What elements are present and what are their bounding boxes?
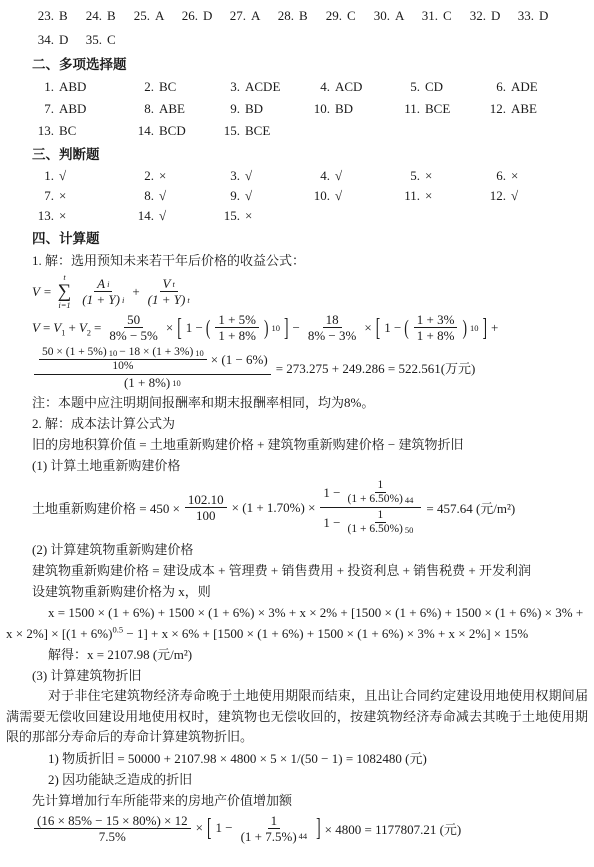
question-number: 27.	[224, 4, 246, 28]
numerator: Ai	[94, 276, 112, 292]
operator: =	[43, 320, 50, 336]
variable: A	[97, 276, 105, 291]
numerator: Vt	[160, 276, 178, 292]
fraction: (16 × 85% − 15 × 80%) × 12 7.5%	[34, 813, 191, 844]
q2-step2-line2: 设建筑物重新购建价格为 x，则	[32, 581, 588, 602]
judgment-answer-list: 1.√ 2.× 3.√ 4.√ 5.× 6.× 7.× 8.√ 9.√ 10.√…	[32, 166, 588, 226]
question-number: 8.	[132, 186, 154, 206]
left-bracket: [	[207, 813, 212, 843]
question-number: 5.	[398, 76, 420, 98]
answer-value: √	[159, 208, 166, 223]
q1-result-formula: 50 × (1 + 5%)10 − 18 × (1 + 3%)10 10% × …	[32, 345, 588, 390]
answer-item: 30.A	[368, 4, 416, 28]
answer-item: 6.ADE	[484, 76, 588, 98]
answer-item: 29.C	[320, 4, 368, 28]
q1-income-formula: V = t ∑ i=1 Ai (1 + Y)i + Vt (1 + Y)t	[32, 273, 588, 310]
question-number: 15.	[218, 206, 240, 226]
question-number: 2.	[132, 76, 154, 98]
answer-item: 26.D	[176, 4, 224, 28]
answer-value: ×	[425, 168, 432, 183]
outer-numerator: 1 − 1 (1 + 6.50%)44	[320, 478, 421, 508]
question-number: 32.	[464, 4, 486, 28]
answer-value: ×	[425, 188, 432, 203]
answer-item: 34.D	[32, 28, 80, 52]
section-title-multiple-choice: 二、多项选择题	[32, 54, 588, 75]
sum-lower-limit: i=1	[58, 301, 70, 310]
answer-value: D	[59, 32, 68, 47]
question-number: 4.	[308, 76, 330, 98]
expression: (1 + 6.50%)	[348, 523, 403, 536]
question-number: 24.	[80, 4, 102, 28]
answer-item: 2.BC	[132, 76, 218, 98]
expression: (1 + Y)	[82, 292, 120, 307]
operator: ×	[196, 820, 203, 836]
answer-item: 1.√	[32, 166, 132, 186]
subscript: 2	[87, 327, 91, 337]
expression: (1 + 8%)	[124, 375, 170, 390]
operator: ×	[166, 320, 173, 336]
answer-item: 7.ABD	[32, 98, 132, 120]
outer-fraction: 50 × (1 + 5%)10 − 18 × (1 + 3%)10 10% × …	[34, 345, 271, 390]
answer-value: ×	[511, 168, 518, 183]
inner-fraction: 1 (1 + 6.50%)50	[345, 509, 417, 536]
formula-lhs: 土地重新购建价格 = 450 ×	[32, 498, 180, 517]
left-bracket: [	[177, 312, 182, 342]
answer-item: 3.√	[218, 166, 308, 186]
answer-item: 13.×	[32, 206, 132, 226]
fraction: 18 8% − 3%	[305, 312, 360, 343]
answer-item: 2.×	[132, 166, 218, 186]
answer-item: 4.√	[308, 166, 398, 186]
answer-item: 14.√	[132, 206, 218, 226]
answer-item: 28.B	[272, 4, 320, 28]
numerator: (16 × 85% − 15 × 80%) × 12	[34, 813, 191, 829]
fraction: 1 + 5% 1 + 8%	[215, 312, 259, 343]
operator: +	[69, 320, 76, 336]
question-number: 3.	[218, 76, 240, 98]
outer-denominator: (1 + 8%)10	[121, 375, 184, 390]
section-title-calculation: 四、计算题	[32, 228, 588, 249]
subscript: 1	[61, 327, 65, 337]
right-paren: )	[462, 315, 467, 341]
q2-base-formula: 旧的房地积算价值 = 土地重新购建价格 + 建筑物重新购建价格 − 建筑物折旧	[32, 434, 588, 455]
answer-value: C	[107, 32, 116, 47]
answer-item: 6.×	[484, 166, 588, 186]
term: 50 × (1 + 5%)	[42, 346, 107, 359]
question-number: 28.	[272, 4, 294, 28]
question-number: 5.	[398, 166, 420, 186]
answer-value: D	[203, 8, 212, 23]
answer-item: 13.BC	[32, 120, 132, 142]
question-number: 10.	[308, 186, 330, 206]
single-choice-answer-list: 23.B 24.B 25.A 26.D 27.A 28.B 29.C 30.A …	[32, 4, 588, 52]
answer-value: CD	[425, 79, 443, 94]
answer-item: 15.BCE	[218, 120, 308, 142]
answer-value: ABE	[511, 101, 537, 116]
inner-denominator: 10%	[109, 360, 136, 373]
question-number: 30.	[368, 4, 390, 28]
answer-item: 5.CD	[398, 76, 484, 98]
inner-numerator: 50 × (1 + 5%)10 − 18 × (1 + 3%)10	[39, 346, 207, 360]
answer-value: ADE	[511, 79, 538, 94]
outer-denominator: 1 − 1 (1 + 6.50%)50	[320, 508, 421, 537]
inner-numerator: 1	[375, 509, 387, 523]
result-value: = 273.275 + 249.286 = 522.561(万元)	[276, 358, 476, 377]
question-number: 14.	[132, 120, 154, 142]
variable: V	[32, 320, 40, 336]
answer-item: 24.B	[80, 4, 128, 28]
expression: (1 + Y)	[148, 292, 186, 307]
answer-value: √	[159, 188, 166, 203]
answer-value: A	[251, 8, 260, 23]
answer-value: A	[395, 8, 404, 23]
q2-step1-title: (1) 计算土地重新购建价格	[32, 455, 588, 476]
answer-value: BD	[245, 101, 263, 116]
right-paren: )	[264, 315, 269, 341]
term: 1 −	[186, 320, 203, 336]
left-paren: (	[206, 315, 211, 341]
answer-item: 7.×	[32, 186, 132, 206]
fraction: Ai (1 + Y)i	[79, 276, 127, 307]
answer-value: B	[59, 8, 68, 23]
answer-item: 8.ABE	[132, 98, 218, 120]
section-title-judgment: 三、判断题	[32, 144, 588, 165]
question-number: 11.	[398, 98, 420, 120]
denominator: 7.5%	[96, 829, 129, 844]
answer-item: 12.ABE	[484, 98, 588, 120]
answer-item: 4.ACD	[308, 76, 398, 98]
answer-value: B	[299, 8, 308, 23]
value-increase-formula: (16 × 85% − 15 × 80%) × 12 7.5% × [ 1 − …	[32, 813, 588, 844]
answer-value: √	[245, 188, 252, 203]
expression: (1 + 6.50%)	[348, 493, 403, 506]
answer-item: 8.√	[132, 186, 218, 206]
answer-value: ×	[245, 208, 252, 223]
outer-fraction: 1 − 1 (1 + 6.50%)44 1 − 1 (1 + 6.50%)50	[320, 478, 421, 537]
fraction: 102.10 100	[185, 492, 227, 523]
question-number: 25.	[128, 4, 150, 28]
functional-depreciation-intro: 先计算增加行车所能带来的房地产价值增加额	[32, 790, 588, 811]
inner-denominator: (1 + 6.50%)50	[345, 523, 417, 536]
answer-item: 12.√	[484, 186, 588, 206]
operator: =	[94, 320, 101, 336]
operator: +	[491, 320, 498, 336]
numerator: 1 + 3%	[414, 312, 458, 328]
question-number: 4.	[308, 166, 330, 186]
answer-value: BD	[335, 101, 353, 116]
inner-fraction: 1 (1 + 6.50%)44	[345, 479, 417, 506]
numerator: 18	[323, 312, 342, 328]
answer-value: ABD	[59, 79, 86, 94]
q1-intro: 1. 解：选用预知未来若干年后价格的收益公式：	[32, 250, 588, 271]
term: × (1 + 1.70%) ×	[232, 500, 316, 516]
denominator: (1 + Y)t	[145, 292, 193, 307]
equation-part: − 1] + x × 6% + [1500 × (1 + 6%) + 1500 …	[123, 626, 528, 641]
building-price-equation: x = 1500 × (1 + 6%) + 1500 × (1 + 6%) × …	[6, 602, 588, 644]
question-number: 14.	[132, 206, 154, 226]
denominator: (1 + 7.5%)44	[238, 829, 311, 844]
answer-item: 11.×	[398, 186, 484, 206]
right-bracket: ]	[482, 312, 487, 342]
inner-fraction: 50 × (1 + 5%)10 − 18 × (1 + 3%)10 10%	[39, 346, 207, 373]
answer-value: D	[539, 8, 548, 23]
question-number: 1.	[32, 76, 54, 98]
right-bracket: ]	[316, 813, 321, 843]
answer-item: 9.√	[218, 186, 308, 206]
q1-note: 注：本题中应注明期间报酬率和期末报酬率相同，均为8%。	[32, 392, 588, 413]
answer-item: 9.BD	[218, 98, 308, 120]
q2-step3-paragraph: 对于非住宅建筑物经济寿命晚于土地使用期限而结束，且出让合同约定建设用地使用权期间…	[6, 686, 588, 748]
question-number: 9.	[218, 98, 240, 120]
inner-numerator: 1	[375, 479, 387, 493]
answer-item: 33.D	[512, 4, 560, 28]
denominator: 100	[193, 508, 219, 523]
question-number: 34.	[32, 28, 54, 52]
question-number: 29.	[320, 4, 342, 28]
operator: ×	[364, 320, 371, 336]
term: − 18 × (1 + 3%)	[119, 346, 193, 359]
multiple-choice-answer-list: 1.ABD 2.BC 3.ACDE 4.ACD 5.CD 6.ADE 7.ABD…	[32, 76, 588, 142]
numerator: 1	[268, 813, 281, 829]
answer-value: C	[347, 8, 356, 23]
fraction: 1 (1 + 7.5%)44	[238, 813, 311, 844]
answer-item: 32.D	[464, 4, 512, 28]
right-bracket: ]	[284, 312, 289, 342]
fraction: 50 8% − 5%	[106, 312, 161, 343]
answer-item: 3.ACDE	[218, 76, 308, 98]
q1-expanded-formula: V = V1 + V2 = 50 8% − 5% × [ 1 − ( 1 + 5…	[32, 312, 588, 343]
answer-item: 15.×	[218, 206, 308, 226]
summation-symbol: t ∑ i=1	[58, 273, 72, 310]
q2-step3-title: (3) 计算建筑物折旧	[32, 665, 588, 686]
fraction: 1 + 3% 1 + 8%	[414, 312, 458, 343]
denominator: 8% − 3%	[305, 328, 360, 343]
fraction: Vt (1 + Y)t	[145, 276, 193, 307]
variable: V	[163, 276, 171, 291]
q2-step2-title: (2) 计算建筑物重新购建价格	[32, 539, 588, 560]
answer-item: 35.C	[80, 28, 128, 52]
exponent: 0.5	[112, 625, 123, 635]
variable: V	[79, 320, 87, 335]
result-value: = 457.64 (元/m²)	[426, 498, 515, 517]
question-number: 6.	[484, 166, 506, 186]
question-number: 2.	[132, 166, 154, 186]
expression: (1 + 7.5%)	[241, 829, 297, 844]
numerator: 50	[124, 312, 143, 328]
answer-item: 10.√	[308, 186, 398, 206]
answer-value: B	[107, 8, 116, 23]
answer-item: 31.C	[416, 4, 464, 28]
term: 1 −	[323, 515, 340, 530]
answer-value: ×	[59, 188, 66, 203]
question-number: 6.	[484, 76, 506, 98]
answer-value: ACDE	[245, 79, 280, 94]
answer-value: BCD	[159, 123, 186, 138]
answer-value: ×	[159, 168, 166, 183]
answer-value: BC	[159, 79, 176, 94]
variable-v1: V1	[53, 320, 65, 336]
numerator: 1 + 5%	[215, 312, 259, 328]
question-number: 11.	[398, 186, 420, 206]
answer-value: A	[155, 8, 164, 23]
answer-item: 25.A	[128, 4, 176, 28]
outer-numerator: 50 × (1 + 5%)10 − 18 × (1 + 3%)10 10% × …	[34, 345, 271, 375]
formula-lhs: V =	[32, 284, 52, 300]
numerator: 102.10	[185, 492, 227, 508]
answer-value: BC	[59, 123, 76, 138]
question-number: 12.	[484, 186, 506, 206]
denominator: (1 + Y)i	[79, 292, 127, 307]
answer-value: D	[491, 8, 500, 23]
question-number: 31.	[416, 4, 438, 28]
denominator: 1 + 8%	[215, 328, 259, 343]
question-number: 12.	[484, 98, 506, 120]
q2-intro: 2. 解：成本法计算公式为	[32, 413, 588, 434]
answer-value: √	[511, 188, 518, 203]
term: × (1 − 6%)	[211, 352, 268, 367]
answer-value: ACD	[335, 79, 362, 94]
variable-v2: V2	[79, 320, 91, 336]
answer-value: C	[443, 8, 452, 23]
sum-sigma: ∑	[58, 282, 72, 301]
question-number: 23.	[32, 4, 54, 28]
question-number: 26.	[176, 4, 198, 28]
answer-item: 11.BCE	[398, 98, 484, 120]
answer-value: ABE	[159, 101, 185, 116]
denominator: 1 + 8%	[414, 328, 458, 343]
term: 1 −	[384, 320, 401, 336]
question-number: 3.	[218, 166, 240, 186]
answer-item: 23.B	[32, 4, 80, 28]
term: 1 −	[323, 485, 340, 500]
term: 1 −	[216, 820, 233, 836]
left-paren: (	[404, 315, 409, 341]
land-price-formula: 土地重新购建价格 = 450 × 102.10 100 × (1 + 1.70%…	[32, 478, 588, 537]
answer-item: 14.BCD	[132, 120, 218, 142]
answer-value: ABD	[59, 101, 86, 116]
question-number: 10.	[308, 98, 330, 120]
answer-item: 10.BD	[308, 98, 398, 120]
answer-item: 5.×	[398, 166, 484, 186]
answer-value: √	[335, 188, 342, 203]
question-number: 15.	[218, 120, 240, 142]
physical-depreciation-line: 1) 物质折旧 = 50000 + 2107.98 × 4800 × 5 × 1…	[48, 748, 588, 769]
question-number: 13.	[32, 206, 54, 226]
q2-step2-line1: 建筑物重新购建价格 = 建设成本 + 管理费 + 销售费用 + 投资利息 + 销…	[32, 560, 588, 581]
question-number: 9.	[218, 186, 240, 206]
denominator: 8% − 5%	[106, 328, 161, 343]
answer-value: ×	[59, 208, 66, 223]
question-number: 8.	[132, 98, 154, 120]
operator: −	[293, 320, 300, 336]
answer-value: BCE	[425, 101, 450, 116]
answer-value: √	[59, 168, 66, 183]
question-number: 35.	[80, 28, 102, 52]
answer-key-page: 23.B 24.B 25.A 26.D 27.A 28.B 29.C 30.A …	[0, 0, 594, 844]
answer-item: 1.ABD	[32, 76, 132, 98]
question-number: 7.	[32, 186, 54, 206]
answer-value: BCE	[245, 123, 270, 138]
question-number: 7.	[32, 98, 54, 120]
operator: +	[132, 284, 139, 300]
answer-value: √	[245, 168, 252, 183]
functional-depreciation-title: 2) 因功能缺乏造成的折旧	[48, 769, 588, 790]
left-bracket: [	[376, 312, 381, 342]
question-number: 13.	[32, 120, 54, 142]
answer-value: √	[335, 168, 342, 183]
inner-denominator: (1 + 6.50%)44	[345, 493, 417, 506]
question-number: 1.	[32, 166, 54, 186]
q2-solve-result: 解得：x = 2107.98 (元/m²)	[48, 644, 588, 665]
question-number: 33.	[512, 4, 534, 28]
result-value: × 4800 = 1177807.21 (元)	[325, 819, 462, 838]
answer-item: 27.A	[224, 4, 272, 28]
